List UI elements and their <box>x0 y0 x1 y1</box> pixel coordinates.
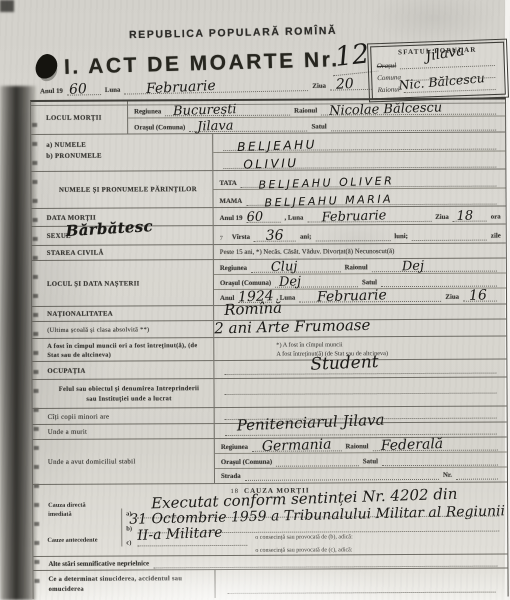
anul-value: 60 <box>246 210 263 226</box>
luni-line <box>315 230 390 241</box>
ziua-label: Ziua <box>445 294 459 302</box>
cauza-directa-label: Cauza directă imediată <box>48 501 108 520</box>
intreprindere-line <box>224 383 496 395</box>
ocupatia-value: Student <box>310 352 379 375</box>
luna-line: Februarie <box>299 291 441 303</box>
row-sexul: SEXUL Bărbătesc 7 Vîrsta 36 ani; luni; z… <box>32 225 506 246</box>
row-cauza-mortii: 18CAUZA MORȚII Cauza directă imediată a)… <box>33 483 507 557</box>
raionul-line: Dej <box>372 261 497 273</box>
anul-label: Anul 19 <box>40 88 63 96</box>
mama-line: BELJEAHU MARIA <box>246 194 496 206</box>
domiciliu-label: Unde a avut domiciliul stabil <box>33 439 215 484</box>
republic-heading: REPUBLICA POPULARĂ ROMÎNĂ <box>129 25 337 41</box>
determinat-label: Ce a determinat sinuciderea, accidentul … <box>33 570 215 599</box>
line-c <box>137 545 247 547</box>
orasul-comuna-label: Orașul (Comuna) <box>134 124 185 132</box>
ani-label: ani; <box>300 234 311 242</box>
ziua-line: 16 <box>463 291 497 302</box>
unde-a-murit-label: Unde a murit <box>33 424 215 439</box>
note-c: o consecință sau provocată de (c), adică… <box>255 547 352 554</box>
pronumele-label: b) PRONUMELE <box>46 152 208 160</box>
satul-line <box>331 120 497 132</box>
alte-stari-line <box>153 556 497 569</box>
orasul-comuna-label: Orașul (Comuna) <box>220 280 271 288</box>
ziua-value: 16 <box>469 287 487 304</box>
luna-label: Luna <box>105 87 121 95</box>
row-cimpul-muncii: A fost în cîmpul muncii ori a fost între… <box>32 337 506 362</box>
luna-line: Februarie <box>124 80 308 95</box>
nationalitatea-label: NAȚIONALITATEA <box>32 306 214 321</box>
ink-blob <box>33 52 59 81</box>
orasul-comuna-label: Orașul (Comuna) <box>221 459 272 467</box>
regiunea-line: București <box>165 105 290 117</box>
raionul-label: Raionul <box>378 85 400 94</box>
cauza-line-c: II-a Militare <box>137 525 223 544</box>
ocupatia-label: OCUPAȚIA <box>32 361 214 379</box>
ziua-label: Ziua <box>435 214 449 222</box>
parinti-label: NUMELE ȘI PRONUMELE PĂRINȚILOR <box>31 171 213 208</box>
numele-value: BELJEAHU <box>237 137 317 153</box>
anul-label: Anul 19 <box>220 215 243 223</box>
nr-label: Nr. <box>443 472 452 480</box>
raionul-value: Dej <box>401 259 424 275</box>
cauze-antecedente-label: Cauze antecedente <box>47 537 97 544</box>
death-certificate-scan: REPUBLICA POPULARĂ ROMÎNĂ I. ACT DE MOAR… <box>0 0 510 600</box>
raionul-value: Federală <box>380 436 443 454</box>
orasul-label: Orașul <box>377 61 397 70</box>
act-title: I. ACT DE MOARTE Nr. <box>64 48 340 80</box>
orasul-line <box>276 455 359 466</box>
locul-nasterii-label: LOCUL ȘI DATA NAȘTERII <box>32 260 214 306</box>
scan-corner-mark <box>0 0 14 12</box>
regiunea-line: Cluj <box>251 261 341 272</box>
satul-line <box>381 276 497 288</box>
scoala-value: 2 ani Arte Frumoase <box>214 316 371 338</box>
intreprindere-label: Felul sau obiectul și denumirea Intrepri… <box>32 379 214 408</box>
ziua-line: 20 <box>330 79 372 91</box>
strada-line <box>245 469 439 481</box>
zile-line <box>412 230 487 241</box>
header-date-line: Anul 19 60 Luna Februarie Ziua 20 <box>40 79 376 96</box>
tata-label: TATA <box>219 180 236 188</box>
tata-line: BELJEAHU OLIVER <box>241 176 497 188</box>
luna-value: Februarie <box>321 208 386 225</box>
anul-line: 60 <box>246 212 280 223</box>
numele-label: a) NUMELE <box>46 141 208 149</box>
sexul-label-cell: SEXUL Bărbătesc <box>32 226 214 245</box>
virsta-value: 36 <box>266 227 284 244</box>
starea-civila-label: STAREA CIVILĂ <box>32 245 214 260</box>
orasul-line: Jilava <box>189 121 307 133</box>
regiunea-value: Cluj <box>271 259 298 275</box>
luna-value: Februarie <box>146 78 216 97</box>
marker-c: c) <box>126 539 131 546</box>
raionul-label: Raionul <box>294 107 317 115</box>
starea-civila-options: Peste 15 ani, *) Necăs. Căsăt. Văduv. Di… <box>220 248 395 257</box>
satul-line <box>382 455 498 467</box>
scoala-label: (Ultima școală și clasa absolvită **) <box>32 321 214 338</box>
virsta-line: 36 <box>254 231 296 242</box>
regiunea-value: București <box>173 102 237 119</box>
satul-label: Satul <box>362 279 377 287</box>
abc-brace <box>121 509 122 547</box>
zile-label: zile <box>491 233 501 241</box>
luni-label: luni; <box>394 233 408 241</box>
pronumele-value: OLIVIU <box>243 156 299 172</box>
nationalitatea-value: Romînă <box>224 299 283 319</box>
ziua-label: Ziua <box>312 83 326 91</box>
ziua-line: 18 <box>453 211 487 222</box>
orasul-value: Jilava <box>197 118 234 134</box>
satul-label: Satul <box>363 458 378 466</box>
note-b: o consecință sau provocată de (b), adică… <box>255 534 352 541</box>
nr-line <box>456 469 498 480</box>
row-nume: a) NUMELE b) PRONUMELE BELJEAHU OLIVIU <box>31 133 505 172</box>
ziua-value: 20 <box>336 76 355 93</box>
raionul-line: Federală <box>373 440 498 452</box>
regiunea-label: Regiunea <box>221 444 248 452</box>
regiunea-label: Regiunea <box>134 108 161 116</box>
virsta-label: Vîrsta <box>232 234 250 242</box>
copii-minori-label: Cîți copii minori are <box>33 408 215 424</box>
cimpul-muncii-label: A fost în cîmpul muncii ori a fost între… <box>32 338 214 361</box>
locul-mortii-label: LOCUL MORȚII <box>31 101 128 134</box>
sfatul-popular-box: SFATUL POPULAR Orașul Comuna Raionul Jil… <box>370 42 506 100</box>
row-domiciliu: Unde a avut domiciliul stabil Regiunea G… <box>33 438 507 485</box>
row-number-7: 7 <box>220 235 223 242</box>
regiunea-label: Regiunea <box>220 265 247 273</box>
raionul-label: Raionul <box>345 443 368 451</box>
row-intreprindere: Felul sau obiectul și denumirea Intrepri… <box>32 378 506 409</box>
row-determinat: Ce a determinat sinuciderea, accidentul … <box>33 569 507 599</box>
anul-line: 60 <box>67 84 101 96</box>
sexul-value: Bărbătesc <box>65 217 153 240</box>
luna-value: Februarie <box>317 287 387 305</box>
raionul-label: Raionul <box>345 264 368 272</box>
orasul-line: Dej <box>275 276 358 287</box>
regiunea-line: Germania <box>252 440 342 451</box>
row-parinti: NUMELE ȘI PRONUMELE PĂRINȚILOR TATA BELJ… <box>31 170 505 209</box>
ora-label: ora <box>491 214 501 222</box>
satul-label: Satul <box>312 123 327 131</box>
certificate-table: LOCUL MORȚII Regiunea București Raionul … <box>30 98 509 599</box>
pronumele-line: OLIVIU <box>223 157 496 169</box>
strada-label: Strada <box>221 473 241 481</box>
row-locul-mortii: LOCUL MORȚII Regiunea București Raionul … <box>31 100 505 135</box>
luna-line: Februarie <box>307 211 431 223</box>
determinat-line <box>228 582 496 594</box>
alte-stari-label: Alte stări semnificative neprielnice <box>48 560 149 569</box>
luna-label: , Luna <box>284 215 303 223</box>
mama-label: MAMA <box>220 198 243 206</box>
orasul-value: Dej <box>279 274 302 290</box>
numele-line: BELJEAHU <box>223 139 496 151</box>
raionul-line: Nicolae Bălcescu <box>321 104 496 116</box>
regiunea-value: Germania <box>262 437 332 455</box>
anul-value: 60 <box>69 81 88 98</box>
ziua-value: 18 <box>457 208 474 224</box>
